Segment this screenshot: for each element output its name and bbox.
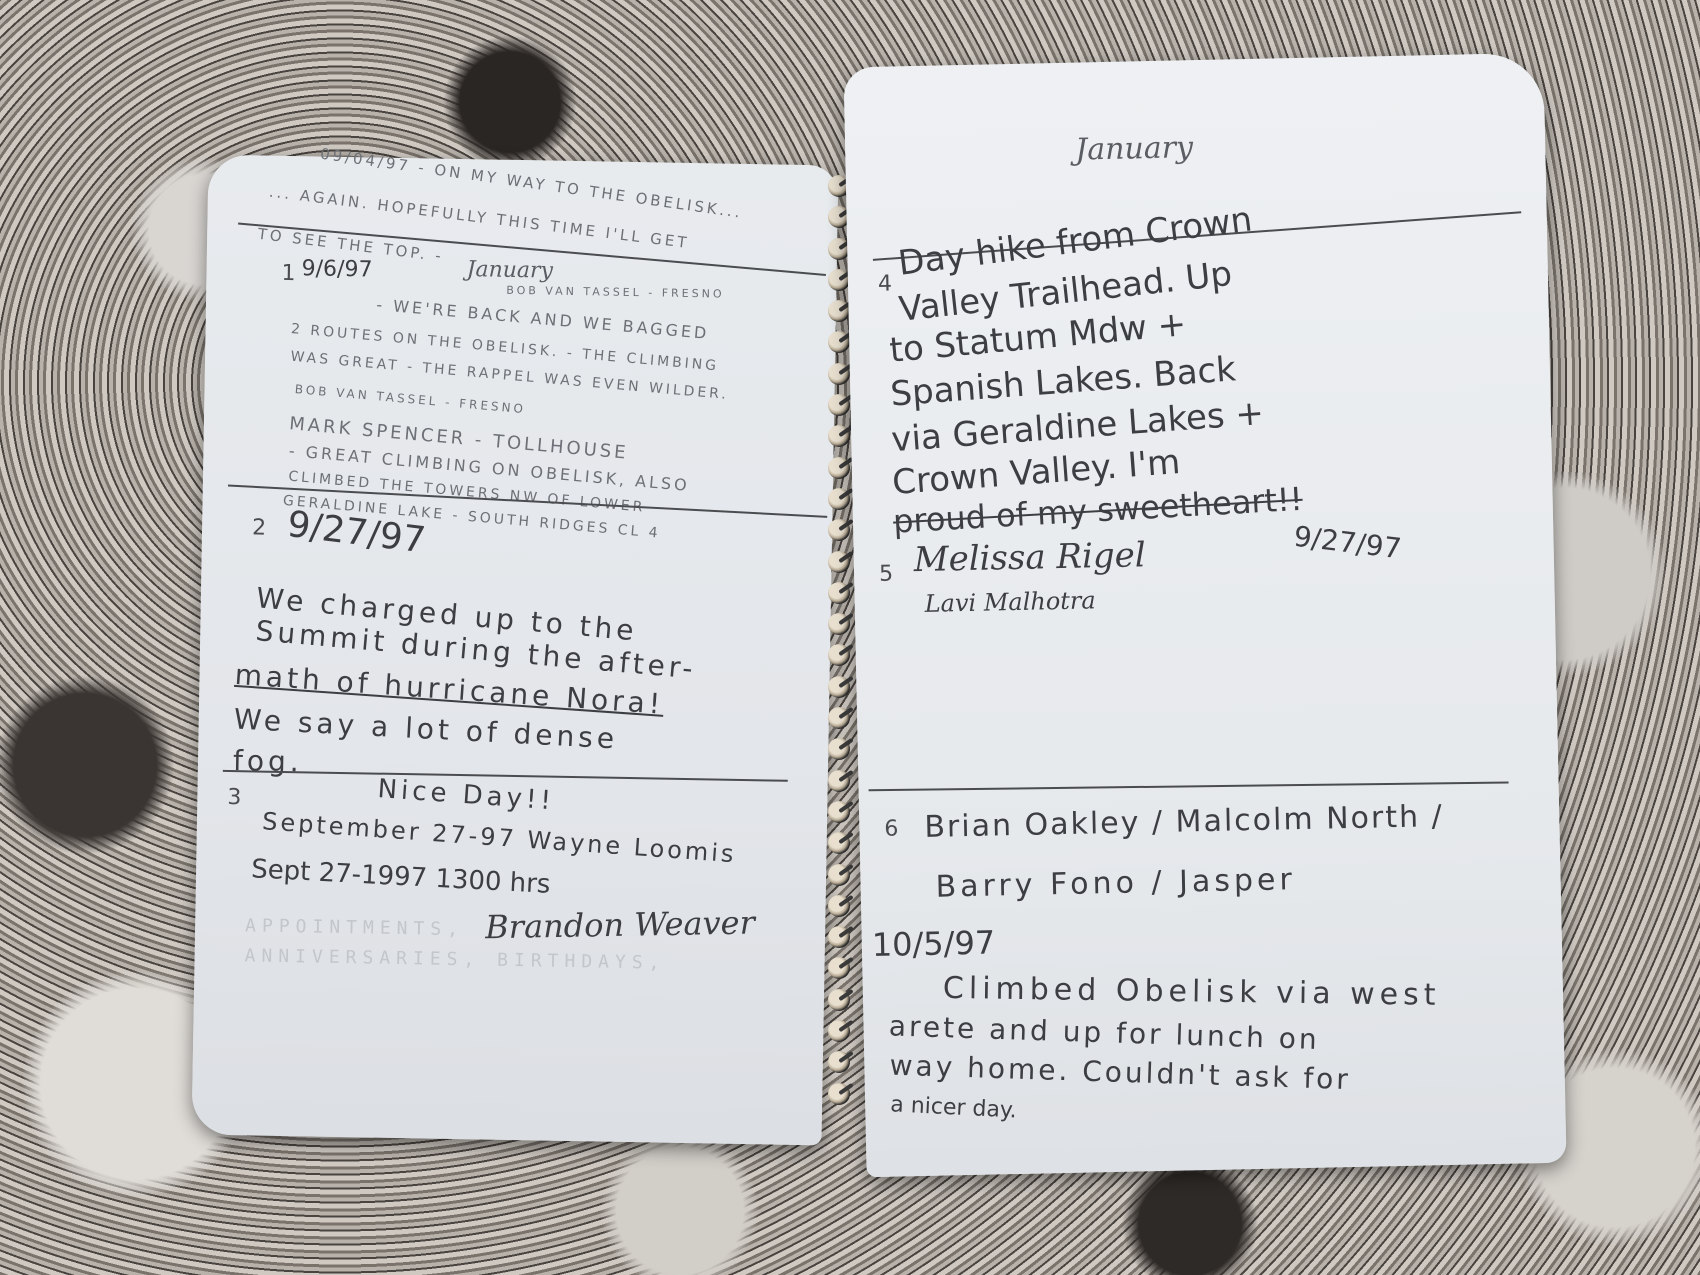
day-number: 2 — [252, 515, 266, 540]
entry-date: 9/27/97 — [1292, 521, 1403, 566]
entry-line: Climbed Obelisk via west — [943, 972, 1441, 1013]
divider-line — [223, 770, 788, 782]
entry-signature: Brandon Weaver — [485, 905, 755, 946]
entry-line: way home. Couldn't ask for — [889, 1050, 1351, 1097]
entry-line: Barry Fono / Jasper — [935, 863, 1296, 905]
day-number: 5 — [879, 562, 894, 587]
entry-date: 10/5/97 — [871, 924, 995, 963]
entry-signature: Lavi Malhotra — [924, 587, 1096, 618]
entry-line: Nice Day!! — [377, 775, 556, 817]
notebook-right-page: January 4 Day hike from Crown Valley Tra… — [843, 53, 1566, 1177]
day-number: 6 — [884, 816, 899, 841]
day-number: 1 — [281, 261, 295, 286]
entry-date: 9/6/97 — [301, 256, 372, 283]
entry-line: arete and up for lunch on — [888, 1010, 1320, 1056]
entry-author: BOB VAN TASSEL - FRESNO — [506, 285, 724, 301]
entry-line: fog. — [233, 745, 303, 778]
month-header: January — [1075, 130, 1193, 167]
entry-line: a nicer day. — [890, 1092, 1018, 1123]
day-number: 4 — [878, 271, 893, 296]
entry-line: Sept 27-1997 1300 hrs — [250, 855, 551, 901]
month-header: January — [466, 257, 553, 284]
printed-label: ANNIVERSARIES, BIRTHDAYS, — [244, 945, 665, 973]
printed-label: APPOINTMENTS, — [245, 915, 464, 940]
divider-line — [869, 781, 1509, 791]
entry-signature: Melissa Rigel — [913, 536, 1146, 580]
notebook-left-page: 09/04/97 - On my way to THE OBELISK... .… — [191, 155, 838, 1146]
day-number: 3 — [227, 785, 241, 810]
entry-line: BOB VAN TASSEL - FRESNO — [294, 383, 526, 417]
entry-line: Brian Oakley / Malcolm North / — [924, 800, 1444, 845]
